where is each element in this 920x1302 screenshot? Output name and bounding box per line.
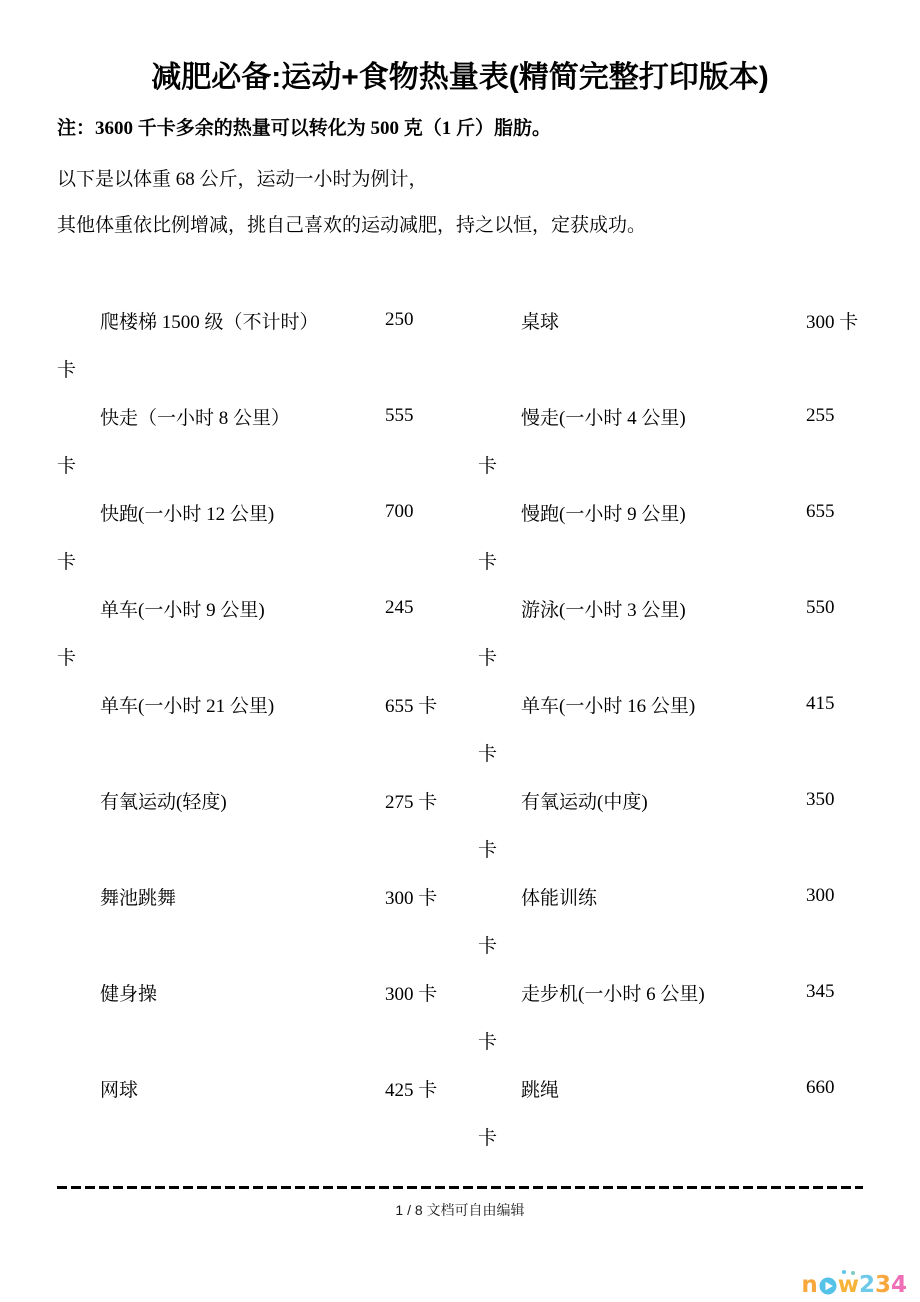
calorie-value: 700 xyxy=(385,501,414,523)
wrapped-unit xyxy=(478,344,863,392)
table-cell-left: 健身操 300 卡 xyxy=(57,968,478,1064)
calorie-table: 爬楼梯 1500 级（不计时） 250 卡 桌球 300 卡 快走（一小 xyxy=(57,296,863,1160)
exercise-name: 舞池跳舞 xyxy=(100,883,176,910)
calorie-value: 300 xyxy=(806,885,835,907)
exercise-name: 体能训练 xyxy=(521,883,597,910)
logo-digit-2: 2 xyxy=(859,1274,875,1297)
wrapped-unit xyxy=(57,728,478,776)
wrapped-unit: 卡 xyxy=(478,440,863,488)
table-cell-right: 单车(一小时 16 公里) 415 卡 xyxy=(478,680,863,776)
calorie-value: 660 xyxy=(806,1077,835,1099)
exercise-name: 爬楼梯 1500 级（不计时） xyxy=(100,307,319,334)
logo-digit-3: 3 xyxy=(875,1274,891,1297)
exercise-name: 单车(一小时 9 公里) xyxy=(100,595,265,622)
play-icon-svg xyxy=(819,1277,837,1295)
table-row: 健身操 300 卡 走步机(一小时 6 公里) 345 卡 xyxy=(57,968,863,1064)
calorie-value: 425 卡 xyxy=(385,1075,437,1102)
wrapped-unit: 卡 xyxy=(57,344,478,392)
calorie-value: 275 卡 xyxy=(385,787,437,814)
calorie-value: 350 xyxy=(806,789,835,811)
exercise-name: 单车(一小时 16 公里) xyxy=(521,691,695,718)
calorie-value: 245 xyxy=(385,597,414,619)
table-cell-right: 走步机(一小时 6 公里) 345 卡 xyxy=(478,968,863,1064)
table-row: 爬楼梯 1500 级（不计时） 250 卡 桌球 300 卡 xyxy=(57,296,863,392)
table-cell-right: 桌球 300 卡 xyxy=(478,296,863,392)
exercise-name: 桌球 xyxy=(521,307,559,334)
footer-divider xyxy=(57,1186,863,1189)
wrapped-unit: 卡 xyxy=(478,632,863,680)
calorie-value: 300 卡 xyxy=(806,307,858,334)
exercise-name: 单车(一小时 21 公里) xyxy=(100,691,274,718)
table-cell-right: 慢走(一小时 4 公里) 255 卡 xyxy=(478,392,863,488)
now234-logo: n w 2 3 4 xyxy=(801,1274,907,1297)
table-cell-right: 体能训练 300 卡 xyxy=(478,872,863,968)
document-content: 减肥必备:运动+食物热量表(精简完整打印版本) 注：3600 千卡多余的热量可以… xyxy=(0,0,920,1220)
table-row: 舞池跳舞 300 卡 体能训练 300 卡 xyxy=(57,872,863,968)
table-cell-left: 单车(一小时 21 公里) 655 卡 xyxy=(57,680,478,776)
wrapped-unit: 卡 xyxy=(478,1112,863,1160)
exercise-name: 慢走(一小时 4 公里) xyxy=(521,403,686,430)
table-cell-left: 舞池跳舞 300 卡 xyxy=(57,872,478,968)
footer-page-info: 1 / 8 文档可自由编辑 xyxy=(57,1200,863,1220)
logo-digit-4: 4 xyxy=(891,1274,907,1297)
exercise-name: 快走（一小时 8 公里） xyxy=(100,403,290,430)
note-line: 注：3600 千卡多余的热量可以转化为 500 克（1 斤）脂肪。 xyxy=(57,118,863,139)
exercise-name: 慢跑(一小时 9 公里) xyxy=(521,499,686,526)
page-title: 减肥必备:运动+食物热量表(精简完整打印版本) xyxy=(57,0,863,98)
calorie-value: 415 xyxy=(806,693,835,715)
wrapped-unit xyxy=(57,1016,478,1064)
table-cell-right: 跳绳 660 卡 xyxy=(478,1064,863,1160)
exercise-name: 走步机(一小时 6 公里) xyxy=(521,979,705,1006)
logo-letter-n: n xyxy=(801,1274,817,1297)
logo-letter-w: w xyxy=(838,1274,859,1297)
wrapped-unit: 卡 xyxy=(478,728,863,776)
intro-line-1: 以下是以体重 68 公斤，运动一小时为例计， xyxy=(57,169,863,190)
wrapped-unit: 卡 xyxy=(57,632,478,680)
exercise-name: 游泳(一小时 3 公里) xyxy=(521,595,686,622)
calorie-value: 345 xyxy=(806,981,835,1003)
exercise-name: 有氧运动(轻度) xyxy=(100,787,227,814)
table-cell-left: 爬楼梯 1500 级（不计时） 250 卡 xyxy=(57,296,478,392)
table-row: 单车(一小时 9 公里) 245 卡 游泳(一小时 3 公里) 550 卡 xyxy=(57,584,863,680)
table-row: 有氧运动(轻度) 275 卡 有氧运动(中度) 350 卡 xyxy=(57,776,863,872)
exercise-name: 健身操 xyxy=(100,979,157,1006)
table-cell-left: 快走（一小时 8 公里） 555 卡 xyxy=(57,392,478,488)
intro-line-2: 其他体重依比例增减，挑自己喜欢的运动减肥，持之以恒，定获成功。 xyxy=(57,215,863,236)
wrapped-unit: 卡 xyxy=(478,824,863,872)
table-cell-right: 慢跑(一小时 9 公里) 655 卡 xyxy=(478,488,863,584)
exercise-name: 网球 xyxy=(100,1075,138,1102)
calorie-value: 555 xyxy=(385,405,414,427)
wrapped-unit xyxy=(57,824,478,872)
table-row: 快走（一小时 8 公里） 555 卡 慢走(一小时 4 公里) 255 卡 xyxy=(57,392,863,488)
wrapped-unit: 卡 xyxy=(57,536,478,584)
table-cell-left: 单车(一小时 9 公里) 245 卡 xyxy=(57,584,478,680)
wrapped-unit: 卡 xyxy=(478,536,863,584)
table-row: 网球 425 卡 跳绳 660 卡 xyxy=(57,1064,863,1160)
wrapped-unit: 卡 xyxy=(478,920,863,968)
calorie-value: 250 xyxy=(385,309,414,331)
calorie-value: 655 卡 xyxy=(385,691,437,718)
table-cell-left: 网球 425 卡 xyxy=(57,1064,478,1160)
wrapped-unit xyxy=(57,1112,478,1160)
wrapped-unit: 卡 xyxy=(57,440,478,488)
table-cell-right: 游泳(一小时 3 公里) 550 卡 xyxy=(478,584,863,680)
umlaut-dots-icon xyxy=(842,1270,846,1274)
document-page: 减肥必备:运动+食物热量表(精简完整打印版本) 注：3600 千卡多余的热量可以… xyxy=(0,0,920,1302)
table-cell-left: 有氧运动(轻度) 275 卡 xyxy=(57,776,478,872)
play-icon xyxy=(818,1277,838,1297)
exercise-name: 有氧运动(中度) xyxy=(521,787,648,814)
calorie-value: 300 卡 xyxy=(385,883,437,910)
calorie-value: 300 卡 xyxy=(385,979,437,1006)
table-cell-left: 快跑(一小时 12 公里) 700 卡 xyxy=(57,488,478,584)
table-cell-right: 有氧运动(中度) 350 卡 xyxy=(478,776,863,872)
calorie-value: 550 xyxy=(806,597,835,619)
calorie-value: 655 xyxy=(806,501,835,523)
table-row: 单车(一小时 21 公里) 655 卡 单车(一小时 16 公里) 415 卡 xyxy=(57,680,863,776)
wrapped-unit xyxy=(57,920,478,968)
wrapped-unit: 卡 xyxy=(478,1016,863,1064)
table-row: 快跑(一小时 12 公里) 700 卡 慢跑(一小时 9 公里) 655 卡 xyxy=(57,488,863,584)
exercise-name: 快跑(一小时 12 公里) xyxy=(100,499,274,526)
calorie-value: 255 xyxy=(806,405,835,427)
exercise-name: 跳绳 xyxy=(521,1075,559,1102)
